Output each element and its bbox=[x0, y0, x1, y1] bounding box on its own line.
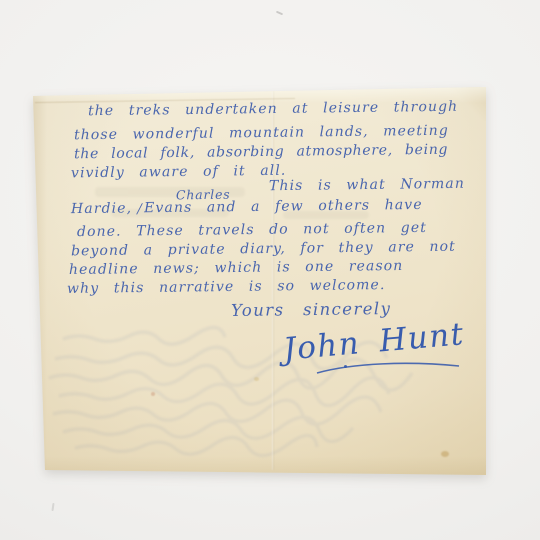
letter-line-5: This is what Norman bbox=[269, 176, 465, 194]
letter-photo: the treks undertaken at leisure through … bbox=[33, 87, 488, 476]
paper-stain bbox=[441, 451, 449, 457]
closing-valediction: Yours sincerely bbox=[231, 299, 391, 320]
letter-sheet: the treks undertaken at leisure through … bbox=[33, 87, 488, 476]
signature-ink-dot bbox=[344, 365, 347, 368]
line6-after-insert: Evans and a few others have bbox=[144, 197, 423, 216]
signature-flourish bbox=[313, 359, 463, 377]
letter-line-4: vividly aware of it all. bbox=[71, 163, 287, 182]
paper-stain bbox=[151, 392, 155, 396]
photo-backdrop: the treks undertaken at leisure through … bbox=[0, 0, 540, 540]
insertion-caret bbox=[136, 203, 143, 214]
paper-stain bbox=[254, 377, 259, 381]
line6-before-insert: Hardie, bbox=[71, 200, 132, 217]
backdrop-speck bbox=[276, 11, 283, 16]
backdrop-speck bbox=[51, 503, 54, 511]
